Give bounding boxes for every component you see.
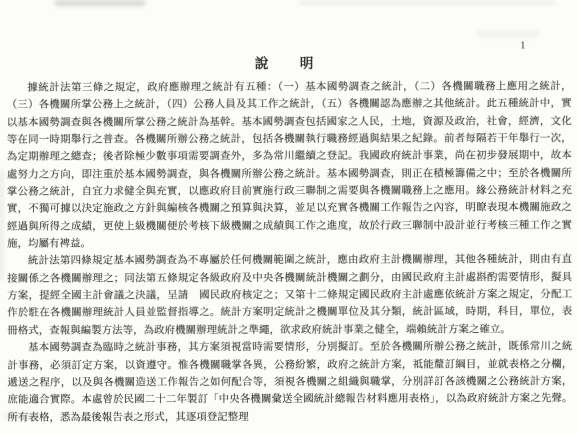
paragraph-1: 據統計法第三條之規定，政府應辦理之統計有五種：（一）基本國勢調查之統計，（二）各… [7,78,572,253]
page-number: 1 [520,39,526,51]
page-content: 1 說 明 據統計法第三條之規定，政府應辦理之統計有五種：（一）基本國勢調查之統… [0,0,578,434]
page-title: 說 明 [0,51,578,73]
document-body: 據統計法第三條之規定，政府應辦理之統計有五種：（一）基本國勢調查之統計，（二）各… [7,78,573,426]
scanned-document-page: 1 說 明 據統計法第三條之規定，政府應辦理之統計有五種：（一）基本國勢調查之統… [0,0,578,434]
paragraph-2: 統計法第四條規定基本國勢調查為不專屬於任何機關範圍之統計，應由政府主計機關辦理，… [7,252,572,340]
paragraph-3: 基本國勢調查為臨時之統計事務，其方案須視當時需要情形，分別擬訂。至於各機關所辦公… [7,338,572,426]
